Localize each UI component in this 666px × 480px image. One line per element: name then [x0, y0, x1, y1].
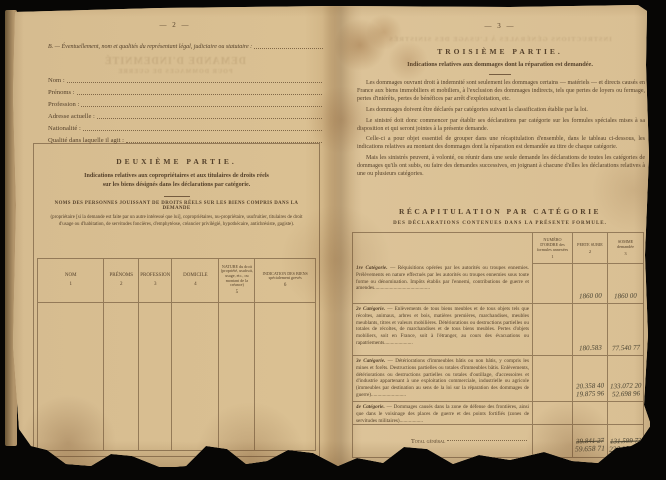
recapitulation-title: RÉCAPITULATION PAR CATÉGORIE	[352, 207, 648, 216]
rights-holders-detail: (propriétaire [si la demande est faite p…	[46, 214, 307, 229]
dotted-leader	[77, 94, 322, 95]
header-label: INDICATION DES BIENS spécialement grevés	[256, 272, 314, 281]
bleedthrough-line: INSTRUCTIONS GÉNÉRALES À L'USAGE DES SIN…	[352, 36, 648, 43]
field-prenoms-label: Prénoms :	[48, 89, 75, 96]
header-label: SOMME demandée	[609, 239, 642, 249]
column-number: 3	[624, 251, 626, 256]
paragraph-5: Mais les sinistrés peuvent, à volonté, o…	[357, 155, 645, 179]
total-numero-cell	[533, 424, 573, 457]
handwritten-amount: 230.978 93	[608, 445, 642, 455]
header-label: NUMÉRO D'ORDRE des formules annexées	[534, 237, 571, 252]
field-adresse-label: Adresse actuelle :	[48, 113, 95, 120]
representative-line-b: B. — Éventuellement, nom et qualités du …	[48, 44, 324, 50]
left-page-number: — 2 —	[22, 21, 328, 29]
category-3-somme-cell: 133.072 2052.698 96	[608, 355, 643, 401]
total-general-label-cell: Total général	[353, 424, 533, 457]
field-nom-label: Nom :	[48, 77, 65, 84]
deuxieme-partie-subtitle: Indications relatives aux copropriétaire…	[34, 172, 319, 191]
deuxieme-partie-section: DEUXIÈME PARTIE. Indications relatives a…	[33, 143, 320, 457]
bleedthrough-title: DEMANDE D'INDEMNITÉ	[22, 56, 328, 67]
section-rule	[489, 74, 511, 75]
category-2-description: 2e Catégorie. — Enlèvements de tous bien…	[353, 303, 533, 355]
header-label: DOMICILE	[183, 273, 207, 279]
total-somme-cell: 131.599 73230.978 93	[608, 424, 643, 457]
total-label: Total général	[411, 438, 445, 445]
handwritten-amount: 1860 00	[614, 292, 637, 301]
identity-fields: Nom : Prénoms : Profession : Adresse act…	[48, 72, 323, 144]
category-2-numero-cell	[533, 303, 573, 355]
dotted-leader	[97, 118, 322, 119]
scanned-archive-document: — 2 — B. — Éventuellement, nom et qualit…	[0, 0, 666, 480]
column-number: 4	[194, 282, 197, 288]
category-label: 1re Catégorie.	[356, 265, 388, 271]
handwritten-amount: 19.875 96	[576, 389, 604, 398]
column-profession: PROFESSION3	[139, 259, 172, 450]
handwritten-amount: 1860 00	[578, 292, 601, 301]
dotted-leader	[254, 48, 323, 49]
rights-holders-table: NOM1 PRÉNOMS2 PROFESSION3 DOMICILE4 NATU…	[37, 258, 316, 451]
header-perte-subie: PERTE SUBIE2	[573, 233, 608, 263]
troisieme-partie-title: TROISIÈME PARTIE.	[352, 47, 648, 56]
header-label: NOM	[65, 273, 77, 279]
dotted-leader	[83, 130, 322, 131]
header-numero-ordre: NUMÉRO D'ORDRE des formules annexées1	[533, 233, 573, 263]
column-domicile-header: DOMICILE4	[172, 259, 218, 303]
handwritten-amount: 180.583	[578, 344, 601, 353]
category-1-somme-cell: 1860 00	[608, 263, 643, 303]
paragraph-2: Les dommages doivent être déclarés par c…	[357, 107, 645, 115]
column-nature-droit-header: NATURE du droit (propriété, usufruit, us…	[219, 259, 254, 303]
header-somme-demandee: SOMME demandée3	[608, 233, 643, 263]
dotted-leader	[447, 440, 527, 441]
category-2-somme-cell: 77.540 77	[608, 303, 643, 355]
dotted-leader	[67, 82, 322, 83]
category-label: 3e Catégorie.	[356, 358, 385, 364]
category-label: 2e Catégorie.	[356, 306, 385, 312]
column-number: 1	[551, 254, 553, 259]
category-4-description: 4e Catégorie. — Dommages causés dans la …	[353, 401, 533, 424]
category-4-numero-cell	[533, 401, 573, 424]
category-4-perte-cell	[573, 401, 608, 424]
section-rule	[164, 196, 190, 197]
column-number: 5	[236, 290, 239, 296]
column-number: 2	[589, 249, 591, 254]
troisieme-partie-subtitle: Indications relatives aux dommages dont …	[352, 61, 648, 68]
field-prenoms: Prénoms :	[48, 84, 323, 96]
column-indication-biens: INDICATION DES BIENS spécialement grevés…	[255, 259, 315, 450]
category-text: — Enlèvements de tous biens meubles et d…	[356, 306, 529, 346]
field-adresse: Adresse actuelle :	[48, 108, 323, 120]
header-desc-spacer	[353, 233, 533, 263]
subtitle-line-2: sur les biens désignés dans les déclarat…	[40, 181, 313, 190]
column-prenoms-header: PRÉNOMS2	[104, 259, 138, 303]
recapitulation-subtitle: DES DÉCLARATIONS CONTENUES DANS LA PRÉSE…	[352, 221, 648, 226]
rights-holders-heading: NOMS DES PERSONNES JOUISSANT DE DROITS R…	[42, 201, 311, 211]
page-left: — 2 — B. — Éventuellement, nom et qualit…	[22, 11, 328, 461]
dotted-leader	[81, 106, 322, 107]
column-number: 3	[154, 282, 157, 288]
subtitle-line-1: Indications relatives aux copropriétaire…	[40, 172, 313, 181]
category-2-perte-cell: 180.583	[573, 303, 608, 355]
column-indication-biens-header: INDICATION DES BIENS spécialement grevés…	[255, 259, 315, 303]
deuxieme-partie-title: DEUXIÈME PARTIE.	[34, 157, 319, 166]
category-3-numero-cell	[533, 355, 573, 401]
column-nom-header: NOM1	[38, 259, 103, 303]
column-prenoms: PRÉNOMS2	[104, 259, 139, 450]
category-1-numero-cell	[533, 263, 573, 303]
recapitulation-table: NUMÉRO D'ORDRE des formules annexées1 PE…	[352, 232, 644, 458]
right-page-number: — 3 —	[352, 22, 648, 30]
line-b-label: B. — Éventuellement, nom et qualités du …	[48, 44, 252, 50]
paragraph-1: Les dommages ouvrant droit à indemnité s…	[357, 80, 645, 104]
column-nom: NOM1	[38, 259, 104, 450]
field-profession-label: Profession :	[48, 101, 79, 108]
instructions-paragraphs: Les dommages ouvrant droit à indemnité s…	[357, 80, 645, 182]
category-text: — Détériorations d'immeubles bâtis ou no…	[356, 358, 529, 398]
field-nationalite-label: Nationalité :	[48, 125, 81, 132]
category-1-perte-cell: 1860 00	[573, 263, 608, 303]
category-4-somme-cell	[608, 401, 643, 424]
header-label: PERTE SUBIE	[577, 242, 603, 247]
handwritten-amount: 59.658 71	[575, 445, 605, 455]
column-domicile: DOMICILE4	[172, 259, 219, 450]
total-perte-cell: 39.841 2759.658 71	[573, 424, 608, 457]
handwritten-amount: 52.698 96	[611, 389, 639, 398]
column-number: 2	[120, 282, 123, 288]
paragraph-4: Celle-ci a pour objet essentiel de group…	[357, 136, 645, 152]
header-label: PROFESSION	[140, 273, 170, 279]
field-nationalite: Nationalité :	[48, 120, 323, 132]
column-number: 1	[69, 282, 72, 288]
category-label: 4e Catégorie.	[356, 404, 385, 410]
category-3-description: 3e Catégorie. — Détériorations d'immeubl…	[353, 355, 533, 401]
column-profession-header: PROFESSION3	[139, 259, 171, 303]
column-nature-droit: NATURE du droit (propriété, usufruit, us…	[219, 259, 255, 450]
field-nom: Nom :	[48, 72, 323, 84]
column-number: 6	[284, 283, 287, 289]
category-1-description: 1re Catégorie. — Réquisitions opérées pa…	[353, 263, 533, 303]
header-label: NATURE du droit (propriété, usufruit, us…	[220, 265, 253, 289]
page-right: — 3 — INSTRUCTIONS GÉNÉRALES À L'USAGE D…	[352, 10, 648, 462]
field-profession: Profession :	[48, 96, 323, 108]
paper-spread: — 2 — B. — Éventuellement, nom et qualit…	[10, 5, 650, 467]
category-3-perte-cell: 20.358 4019.875 96	[573, 355, 608, 401]
handwritten-amount: 77.540 77	[611, 343, 639, 352]
header-label: PRÉNOMS	[109, 273, 133, 279]
paragraph-3: Le sinistré doit donc commencer par étab…	[357, 118, 645, 134]
